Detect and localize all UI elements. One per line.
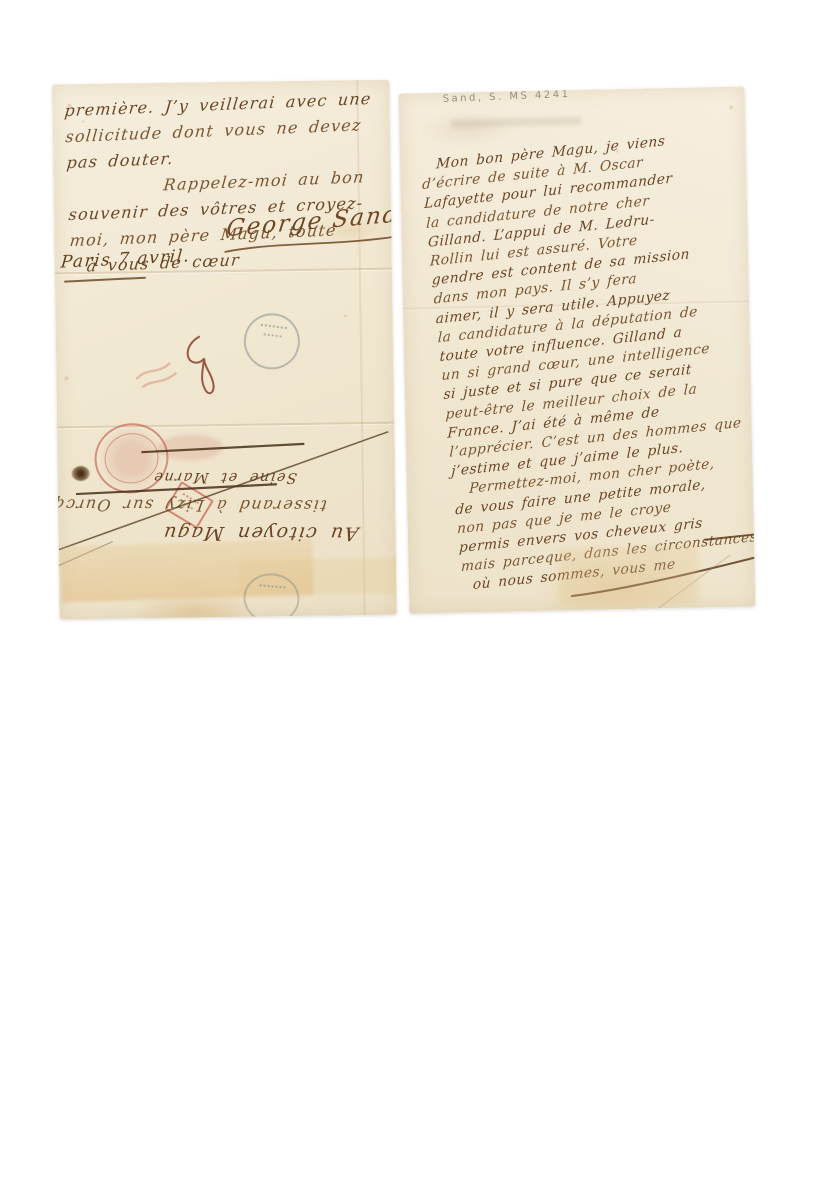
letter-photograph: première. J’y veillerai avec une sollici…	[0, 0, 819, 1197]
left-page: première. J’y veillerai avec une sollici…	[52, 80, 396, 620]
stamp-illegible-text	[260, 584, 286, 588]
right-page: Sand, S. MS 4241 Mon bon père Magu, je v…	[399, 86, 756, 613]
stain-patch	[558, 546, 699, 607]
cancellation-strokes	[52, 80, 396, 620]
end-flourish-stroke	[399, 86, 756, 613]
